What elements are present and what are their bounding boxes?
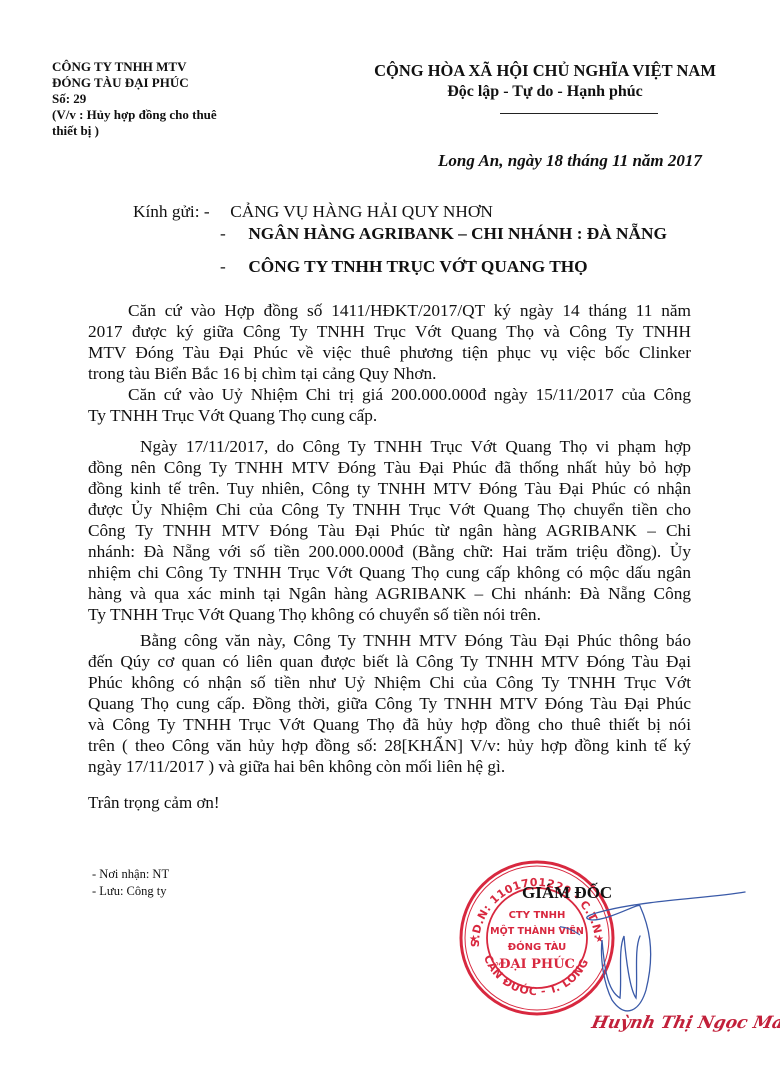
- sender-block: CÔNG TY TNHH MTV ĐÓNG TÀU ĐẠI PHÚC Số: 2…: [52, 59, 272, 139]
- text-line: Công Ty TNHH MTV Đóng Tàu Đại Phúc từ ng…: [88, 520, 691, 541]
- recipient-row: - CÔNG TY TNHH TRỤC VỚT QUANG THỌ: [220, 255, 588, 279]
- recipient-dash: -: [220, 255, 244, 279]
- motto-underline: [500, 113, 658, 114]
- closing-line: Trân trọng cảm ơn!: [88, 793, 220, 813]
- text-line: Ty TNHH Trục Vớt Quang Thọ cung cấp.: [88, 405, 691, 426]
- subject-line2: thiết bị ): [52, 123, 272, 139]
- text-line: Căn cứ vào Hợp đồng số 1411/HĐKT/2017/QT…: [88, 300, 691, 321]
- recipient-row: - NGÂN HÀNG AGRIBANK – CHI NHÁNH : ĐÀ NẴ…: [220, 222, 667, 246]
- recipient-name: NGÂN HÀNG AGRIBANK – CHI NHÁNH : ĐÀ NẴNG: [248, 224, 667, 243]
- text-line: và Công Ty TNHH Trục Vớt Quang Thọ đã hủ…: [88, 714, 691, 735]
- text-line: trong tàu Biển Bắc 16 bị chìm tại cảng Q…: [88, 363, 691, 384]
- text-line: 2017 được ký giữa Công Ty TNHH Trục Vớt …: [88, 321, 691, 342]
- text-line: Căn cứ vào Uỷ Nhiệm Chi trị giá 200.000.…: [88, 384, 691, 405]
- signatory-name: Huỳnh Thị Ngọc Mai: [590, 1013, 780, 1033]
- text-line: hàng và qua xác minh tại Ngân hàng AGRIB…: [88, 583, 691, 604]
- recipients-label: Kính gửi: -: [133, 202, 210, 221]
- paragraph-payment-order: Căn cứ vào Uỷ Nhiệm Chi trị giá 200.000.…: [88, 384, 691, 426]
- seal-line3: ĐÓNG TÀU: [508, 940, 567, 953]
- paragraph-contract-basis: Căn cứ vào Hợp đồng số 1411/HĐKT/2017/QT…: [88, 300, 691, 384]
- recipient-row: Kính gửi: - CẢNG VỤ HÀNG HẢI QUY NHƠN: [133, 200, 493, 224]
- national-header: CỘNG HÒA XÃ HỘI CHỦ NGHĨA VIỆT NAM Độc l…: [360, 61, 730, 114]
- recipient-name: CẢNG VỤ HÀNG HẢI QUY NHƠN: [230, 202, 493, 221]
- text-line: đồng nên Công Ty TNHH MTV Đóng Tàu Đại P…: [88, 457, 691, 478]
- text-line: nhiệm chi Công Ty TNHH Trục Vớt Quang Th…: [88, 562, 691, 583]
- text-line: đến Qúy cơ quan có liên quan được biết l…: [88, 651, 691, 672]
- text-line: Phúc không có nhận số tiền như Uỷ Nhiệm …: [88, 672, 691, 693]
- date-place-line: Long An, ngày 18 tháng 11 năm 2017: [438, 151, 702, 171]
- text-line: Ngày 17/11/2017, do Công Ty TNHH Trục Vớ…: [88, 436, 691, 457]
- text-line: ngày 17/11/2017 ) và giữa hai bên không …: [88, 756, 691, 777]
- text-line: đồng kinh tế trên. Tuy nhiên, Công ty TN…: [88, 478, 691, 499]
- nation-title: CỘNG HÒA XÃ HỘI CHỦ NGHĨA VIỆT NAM: [360, 61, 730, 81]
- text-line: Ty TNHH Trục Vớt Quang Thọ không có chuy…: [88, 604, 691, 625]
- subject-line1: (V/v : Hủy hợp đồng cho thuê: [52, 107, 272, 123]
- document-number: Số: 29: [52, 91, 272, 107]
- sender-company-line1: CÔNG TY TNHH MTV: [52, 59, 272, 75]
- recipient-name: CÔNG TY TNHH TRỤC VỚT QUANG THỌ: [248, 257, 587, 276]
- handwritten-signature-icon: [560, 880, 750, 1030]
- text-line: nhánh: Đà Nẵng với số tiền 200.000.000đ …: [88, 541, 691, 562]
- text-line: Quang Thọ cung cấp. Đồng thời, giữa Công…: [88, 693, 691, 714]
- text-line: MTV Đóng Tàu Đại Phúc về việc thuê phươn…: [88, 342, 691, 363]
- distribution-archive: - Lưu: Công ty: [92, 883, 169, 900]
- paragraph-violation: Ngày 17/11/2017, do Công Ty TNHH Trục Vớ…: [88, 436, 691, 625]
- text-line: trên ( theo Công văn hủy hợp đồng số: 28…: [88, 735, 691, 756]
- text-line: được Ủy Nhiệm Chi của Công Ty TNHH Trục …: [88, 499, 691, 520]
- recipient-dash: -: [220, 222, 244, 246]
- text-line: Bằng công văn này, Công Ty TNHH MTV Đóng…: [88, 630, 691, 651]
- svg-text:★: ★: [469, 934, 478, 945]
- paragraph-notice: Bằng công văn này, Công Ty TNHH MTV Đóng…: [88, 630, 691, 777]
- distribution-recipient: - Nơi nhận: NT: [92, 866, 169, 883]
- distribution-list: - Nơi nhận: NT - Lưu: Công ty: [92, 866, 169, 900]
- national-motto: Độc lập - Tự do - Hạnh phúc: [360, 82, 730, 102]
- seal-line1: CTY TNHH: [509, 910, 566, 921]
- sender-company-line2: ĐÓNG TÀU ĐẠI PHÚC: [52, 75, 272, 91]
